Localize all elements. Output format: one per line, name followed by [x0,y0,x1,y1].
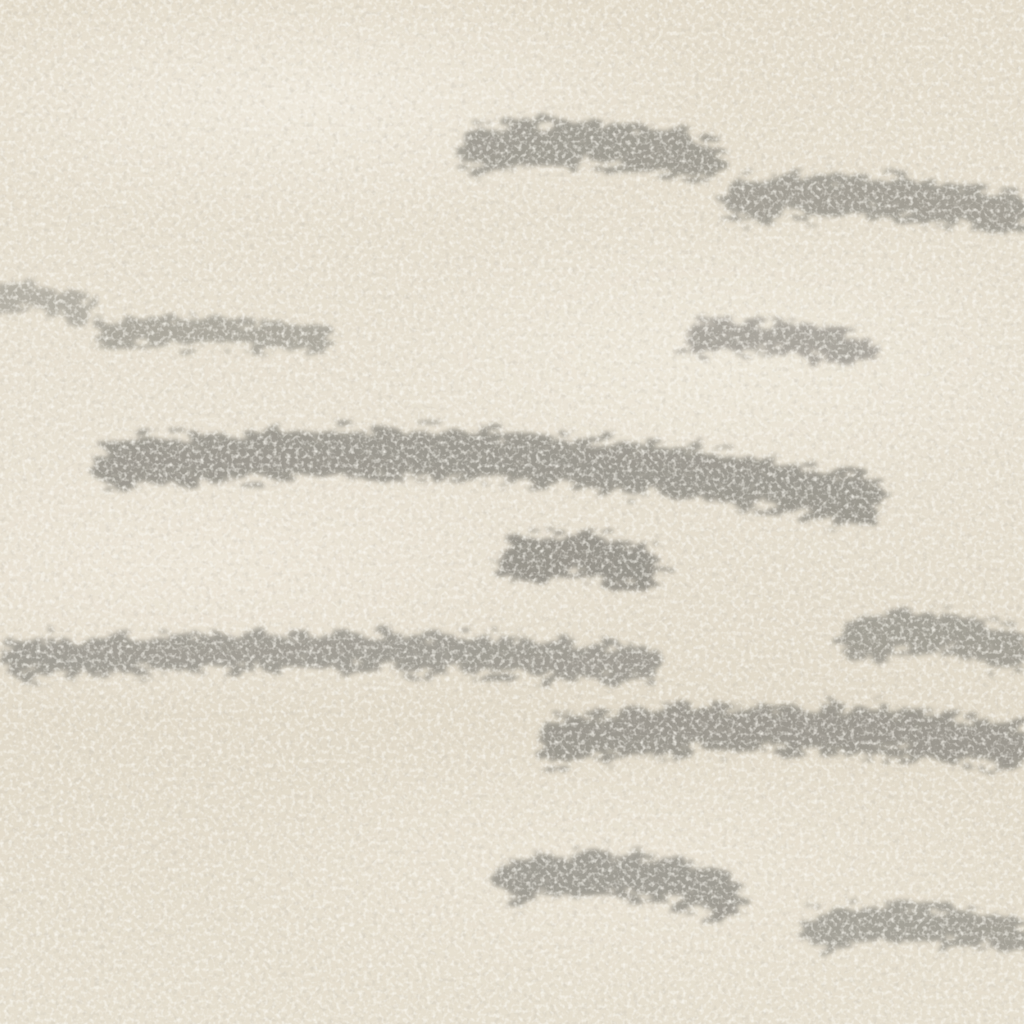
carpet-texture-image [0,0,1024,1024]
carpet-fiber-noise [0,0,1024,1024]
